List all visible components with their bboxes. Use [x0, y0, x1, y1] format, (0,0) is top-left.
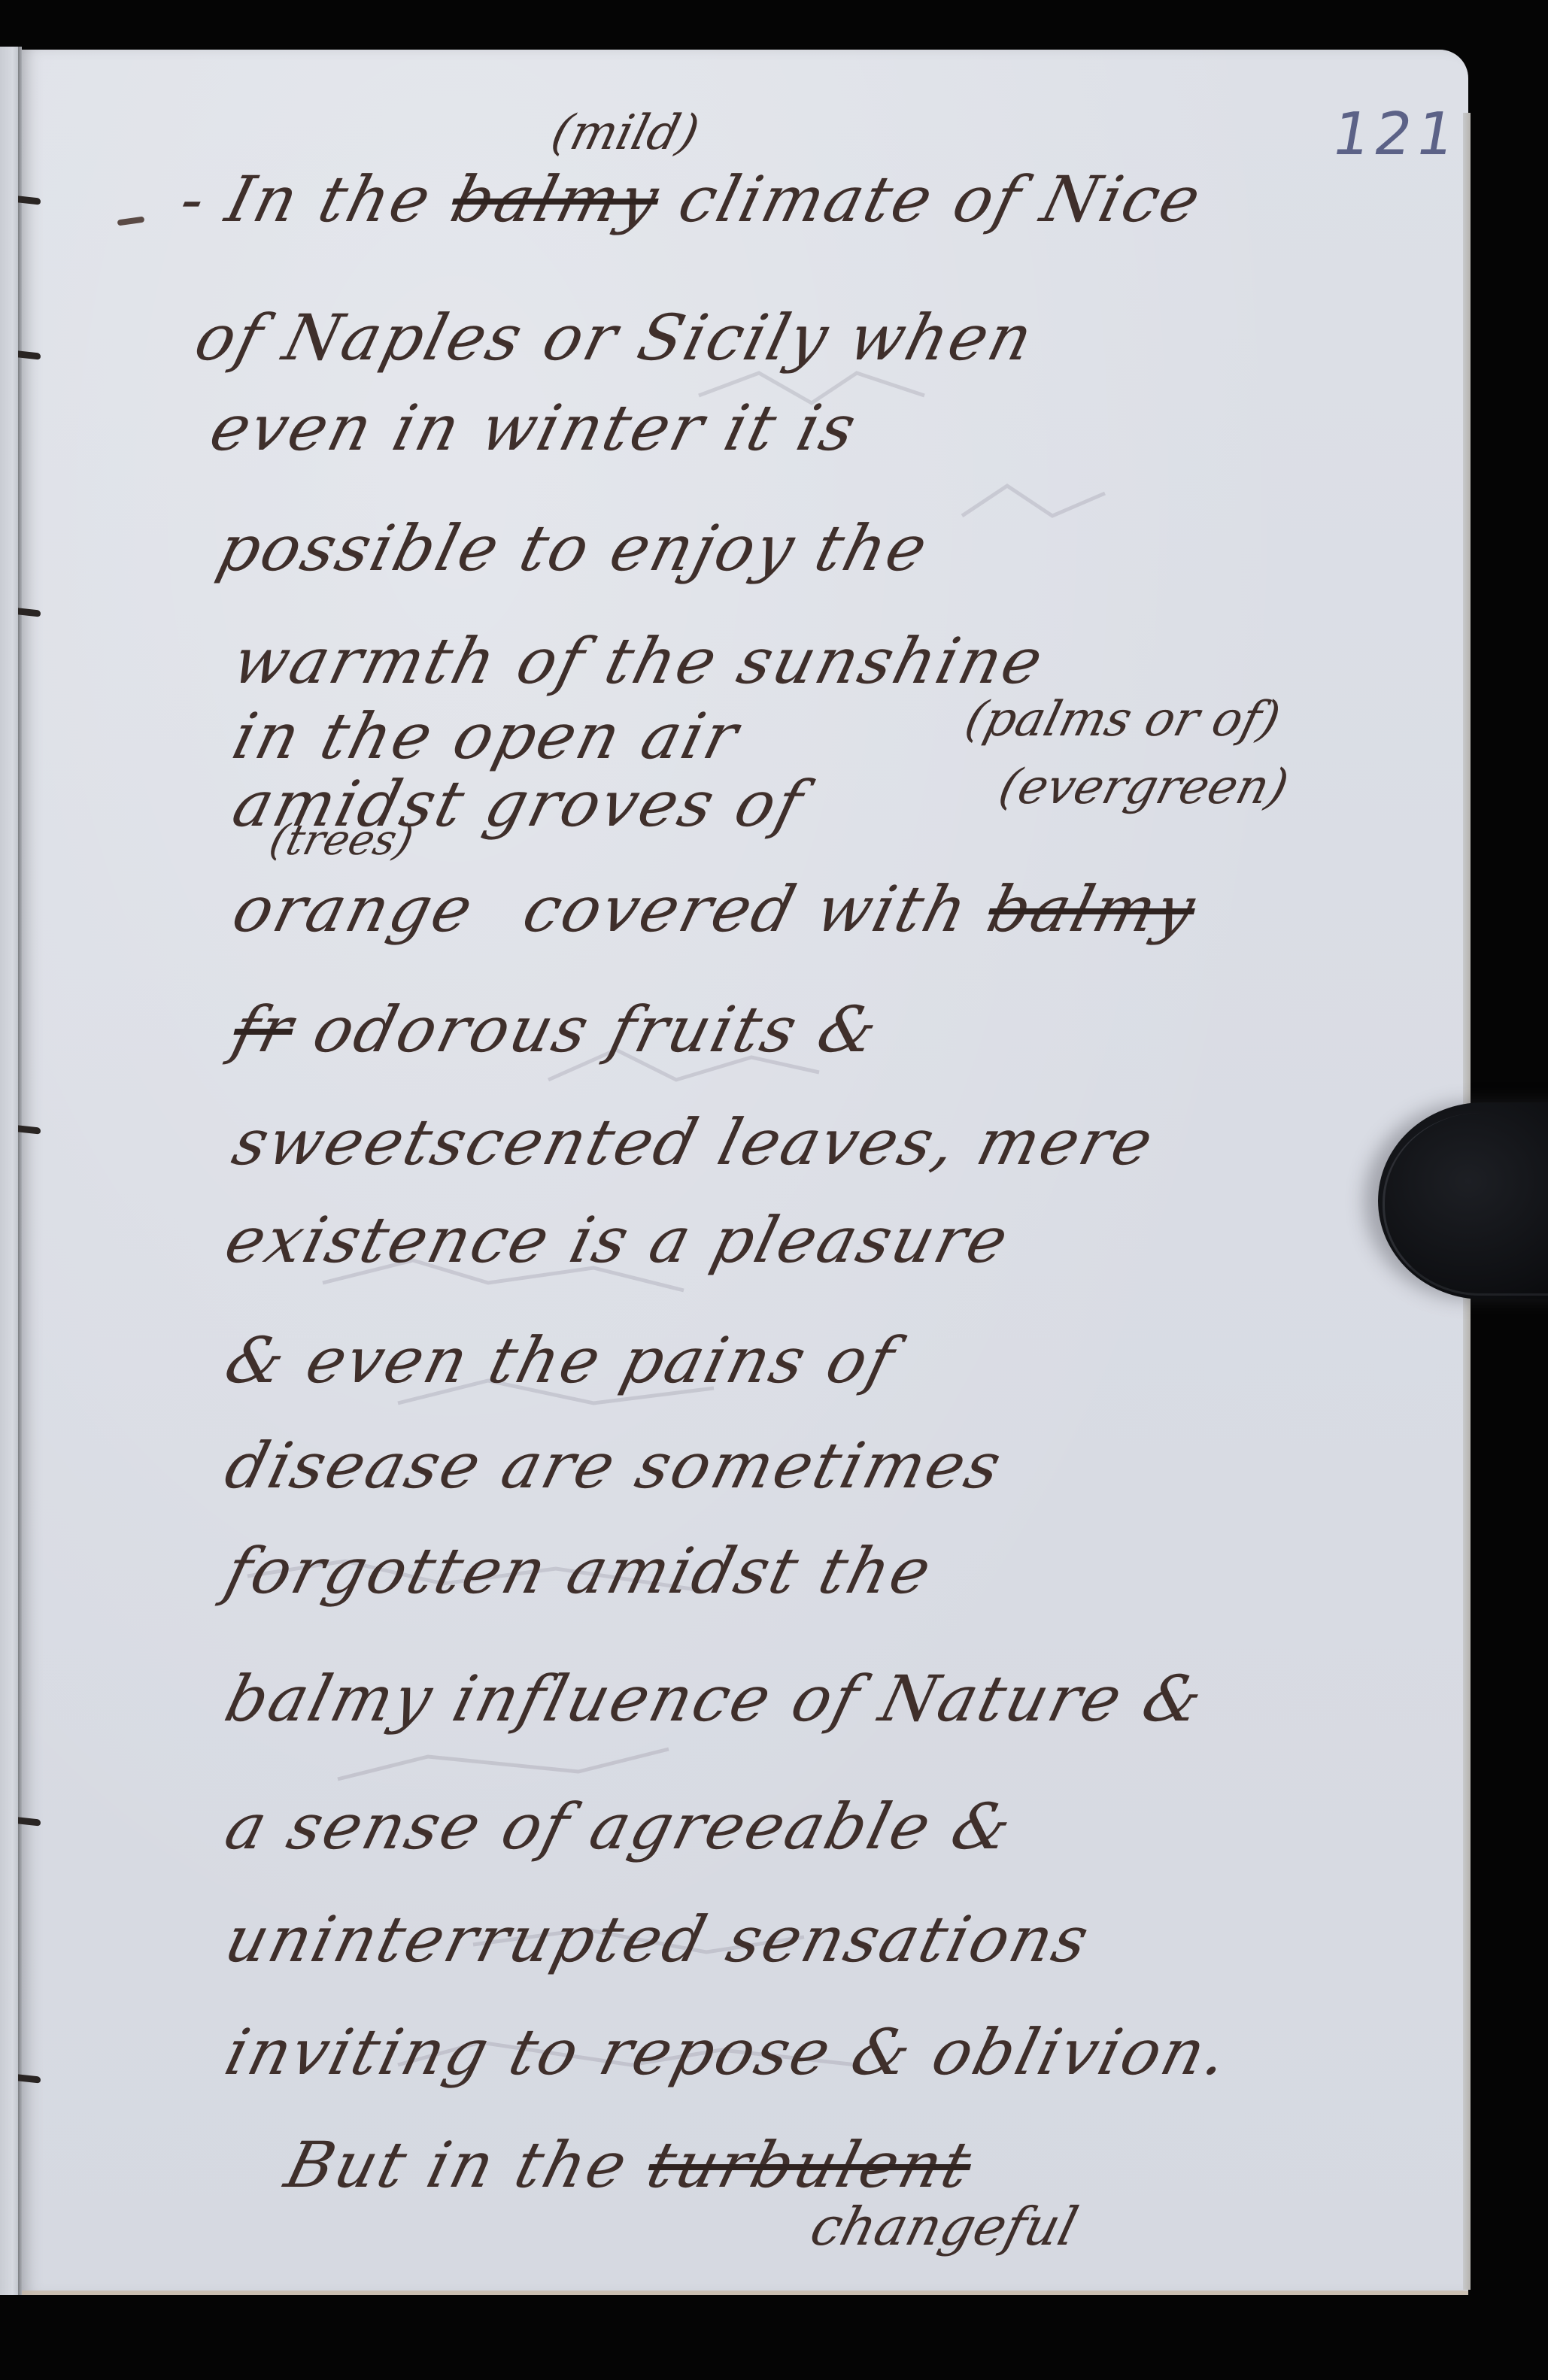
struck-word: balmy: [444, 162, 667, 236]
manuscript-line-14: forgotten amidst the: [218, 1534, 940, 1608]
manuscript-line-15: balmy influence of Nature &: [218, 1662, 1212, 1736]
insertion-evergreen: (evergreen): [994, 759, 1294, 815]
line-text: covered with: [493, 872, 999, 946]
manuscript-line-10: sweetscented leaves, mere: [226, 1105, 1162, 1179]
line-text: odorous fruits &: [284, 993, 887, 1066]
manuscript-line-18: inviting to repose & oblivion.: [218, 2015, 1237, 2089]
manuscript-line-6: in the open air: [226, 699, 747, 773]
correction-changeful: changeful: [805, 2196, 1084, 2257]
manuscript-line-2: of Naples or Sicily when: [188, 301, 1042, 374]
manuscript-line-8: orange covered with balmy: [226, 872, 1204, 946]
insertion-palms-or-of: (palms or of): [960, 692, 1286, 747]
insertion-mild: (mild): [546, 105, 705, 161]
struck-word: turbulent: [640, 2128, 980, 2202]
manuscript-line-1: - In the balmy climate of Nice: [173, 162, 1210, 236]
line-text: - In the: [173, 162, 463, 236]
manuscript-line-9: fr odorous fruits &: [226, 993, 887, 1066]
manuscript-line-4: possible to enjoy the: [211, 511, 936, 585]
line-text: But in the: [278, 2128, 659, 2202]
page-edge-bottom: [22, 2291, 1468, 2295]
manuscript-line-17: uninterrupted sensations: [218, 1902, 1098, 1976]
page-number: 121: [1327, 101, 1465, 168]
manuscript-line-5: warmth of the sunshine: [226, 624, 1052, 698]
manuscript-line-16: a sense of agreeable &: [218, 1790, 1021, 1863]
struck-word: balmy: [981, 872, 1204, 946]
manuscript-line-11: existence is a pleasure: [218, 1203, 1017, 1277]
insertion-trees: (trees): [265, 816, 418, 865]
manuscript-line-12: & even the pains of: [218, 1323, 903, 1397]
manuscript-line-19: But in the turbulent: [278, 2128, 980, 2202]
line-text: climate of Nice: [649, 162, 1210, 236]
line-text: orange: [226, 872, 482, 946]
manuscript-line-13: disease are sometimes: [218, 1429, 1010, 1502]
manuscript-line-3: even in winter it is: [203, 391, 865, 465]
